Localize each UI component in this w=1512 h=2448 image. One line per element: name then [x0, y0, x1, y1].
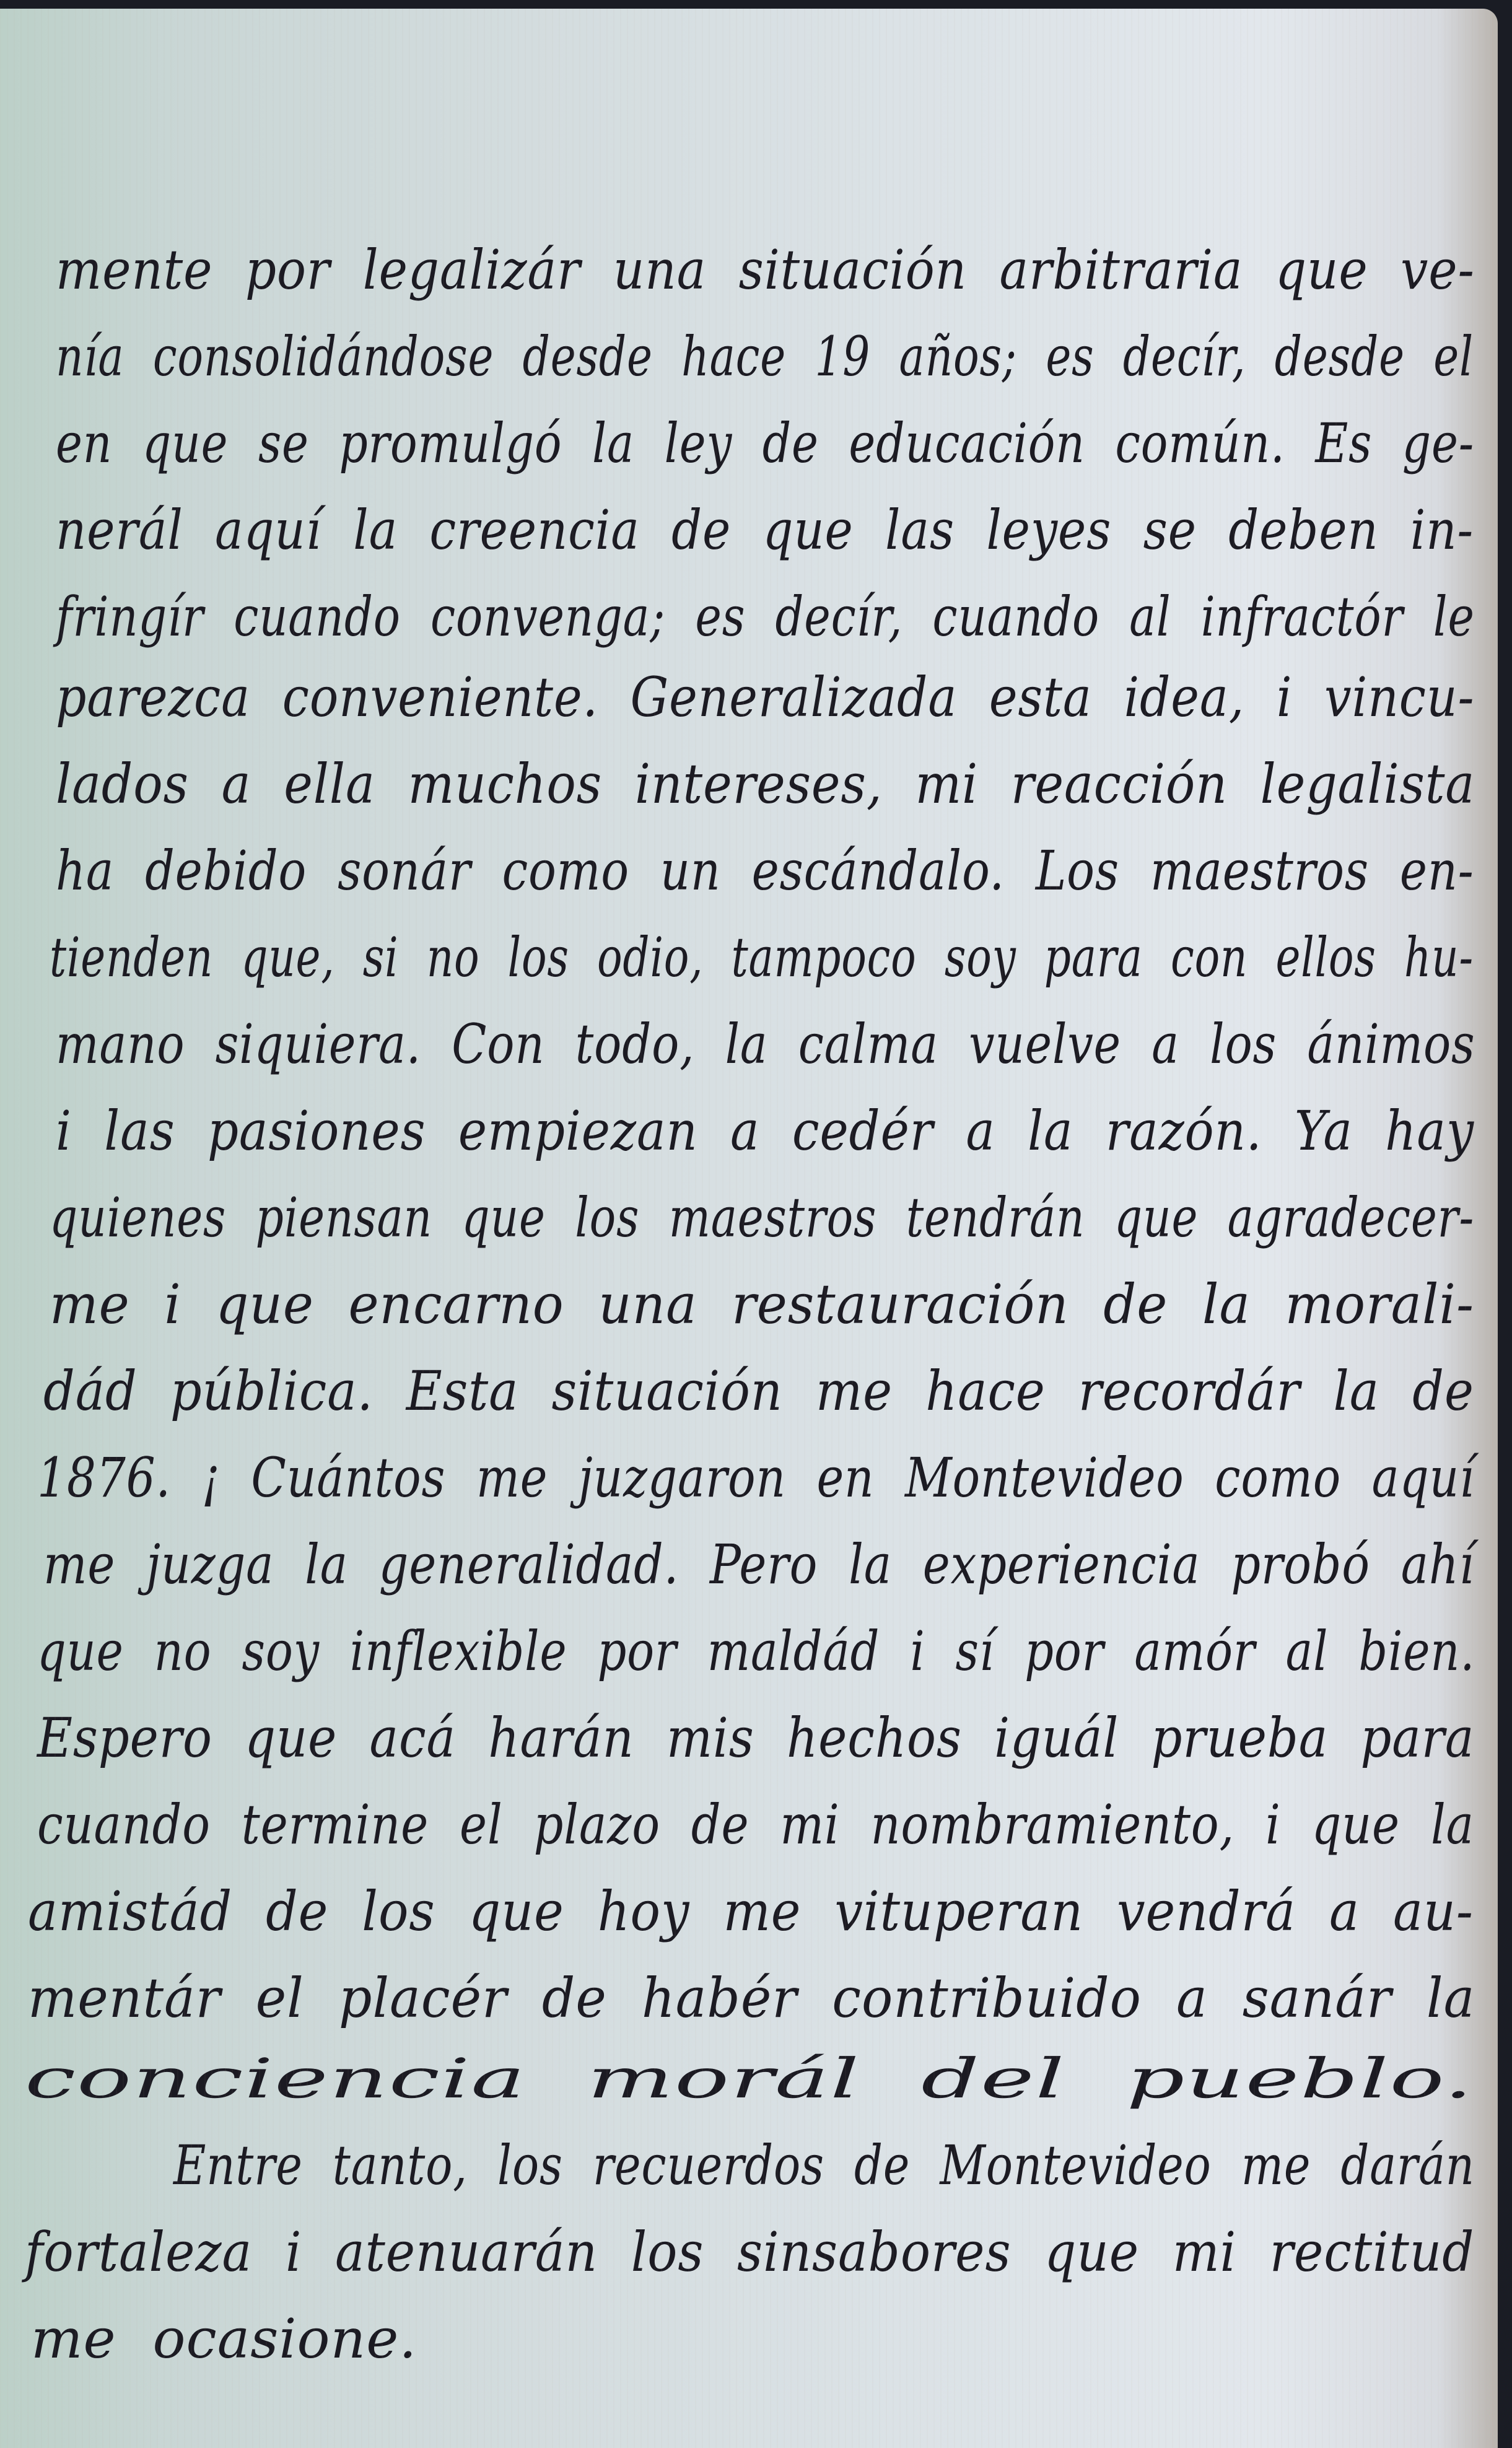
text-line: amistád de los que hoy me vituperan vend… — [28, 1879, 1474, 1943]
text-line: quienes piensan que los maestros tendrán… — [50, 1186, 1474, 1249]
text-line: tienden que, si no los odio, tampoco soy… — [50, 925, 1474, 989]
text-line: en que se promulgó la ley de educación c… — [56, 411, 1474, 475]
text-line: que no soy inflexible por maldád i sí po… — [37, 1619, 1475, 1683]
text-line: mentár el placér de habér contribuido a … — [28, 1966, 1475, 2030]
letter-page: mente por legalizár una situación arbitr… — [0, 9, 1498, 2448]
text-line: 1876. ¡ Cuántos me juzgaron en Montevide… — [37, 1446, 1475, 1510]
text-line: conciencia morál del pueblo. — [25, 2047, 1474, 2110]
text-line: lados a ella muchos intereses, mi reacci… — [56, 752, 1475, 816]
text-line: ha debido sonár como un escándalo. Los m… — [56, 839, 1474, 903]
text-line: fortaleza i atenuarán los sinsabores que… — [25, 2220, 1474, 2284]
text-line: Espero que acá harán mis hechos iguál pr… — [37, 1706, 1474, 1770]
text-line: cuando termine el plazo de mi nombramien… — [37, 1793, 1474, 1856]
text-line: nía consolidándose desde hace 19 años; e… — [56, 325, 1474, 388]
text-line: mano siquiera. Con todo, la calma vuelve… — [56, 1012, 1475, 1076]
text-line: me ocasione. — [31, 2307, 417, 2371]
text-line: mente por legalizár una situación arbitr… — [56, 238, 1475, 302]
text-line: me juzga la generalidad. Pero la experie… — [43, 1532, 1474, 1596]
text-line: fringír cuando convenga; es decír, cuand… — [56, 585, 1475, 649]
text-line: me i que encarno una restauración de la … — [50, 1272, 1474, 1336]
text-line: parezca conveniente. Generalizada esta i… — [56, 665, 1474, 729]
text-line: Entre tanto, los recuerdos de Montevideo… — [173, 2133, 1475, 2197]
text-line: nerál aquí la creencia de que las leyes … — [56, 498, 1474, 562]
text-line: i las pasiones empiezan a cedér a la raz… — [56, 1099, 1474, 1163]
text-line: dád pública. Esta situación me hace reco… — [43, 1359, 1474, 1423]
